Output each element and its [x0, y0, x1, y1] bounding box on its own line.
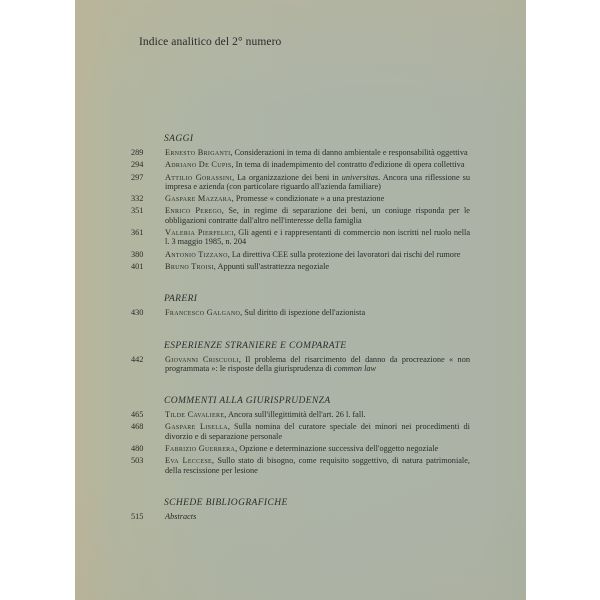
entry-title: , La organizzazione dei beni in [232, 173, 342, 182]
toc-entry: 401 Bruno Troisi, Appunti sull'astrattez… [130, 262, 470, 271]
toc-entry: 430 Francesco Galgano, Sul diritto di is… [130, 308, 470, 317]
page-number: 430 [130, 308, 165, 317]
page-number: 289 [130, 148, 165, 157]
toc-entry: 289 Ernesto Briganti, Considerazioni in … [130, 148, 470, 157]
page-number: 361 [130, 228, 165, 247]
section-schede: SCHEDE BIBLIOGRAFICHE 515 Abstracts [130, 498, 470, 521]
page-number: 401 [130, 262, 165, 271]
author: Giovanni Criscuoli [165, 355, 239, 364]
toc-entry: 361 Valeria Pierfelici, Gli agenti e i r… [130, 228, 470, 247]
author: Antonio Tizzano [165, 250, 228, 259]
page-number: 297 [130, 173, 165, 192]
section-title: COMMENTI ALLA GIURISPRUDENZA [164, 396, 470, 406]
page-number: 294 [130, 160, 165, 169]
spacer [130, 376, 470, 396]
page-number: 468 [130, 422, 165, 441]
author: Enrico Perego [165, 206, 222, 215]
section-commenti: COMMENTI ALLA GIURISPRUDENZA 465 Tilde C… [130, 396, 470, 475]
toc-entry: 468 Gaspare Lisella, Sulla nomina del cu… [130, 422, 470, 441]
author: Eva Leccese [165, 456, 212, 465]
entry-title: , Promesse « condizionate » a una presta… [232, 194, 385, 203]
entry-title: , In tema di inadempimento del contratto… [231, 160, 464, 169]
section-title: ESPERIENZE STRANIERE E COMPARATE [164, 341, 470, 351]
toc-entry: 332 Gaspare Mazzara, Promesse « condizio… [130, 194, 470, 203]
entry-title: , Appunti sull'astrattezza negoziale [214, 262, 329, 271]
section-title: SCHEDE BIBLIOGRAFICHE [164, 498, 470, 508]
table-of-contents: SAGGI 289 Ernesto Briganti, Considerazio… [130, 134, 470, 524]
author: Tilde Cavaliere [165, 410, 224, 419]
section-esperienze: ESPERIENZE STRANIERE E COMPARATE 442 Gio… [130, 341, 470, 374]
page-number: 480 [130, 444, 165, 453]
toc-entry: 351 Enrico Perego, Se, in regime di sepa… [130, 206, 470, 225]
author: Francesco Galgano [165, 308, 240, 317]
scanned-page: Indice analitico del 2° numero SAGGI 289… [75, 0, 526, 600]
spacer [130, 478, 470, 498]
page-number: 351 [130, 206, 165, 225]
author: Gaspare Lisella [165, 422, 228, 431]
page-title: Indice analitico del 2° numero [139, 36, 281, 48]
section-title: PARERI [164, 294, 470, 304]
toc-entry: 442 Giovanni Criscuoli, Il problema del … [130, 355, 470, 374]
toc-entry: 297 Attilio Gorassini, La organizzazione… [130, 173, 470, 192]
entry-title: , La direttiva CEE sulla protezione dei … [228, 250, 461, 259]
page-number: 380 [130, 250, 165, 259]
toc-entry: 294 Adriano De Cupis, In tema di inademp… [130, 160, 470, 169]
spacer [130, 321, 470, 341]
toc-entry: 380 Antonio Tizzano, La direttiva CEE su… [130, 250, 470, 259]
section-pareri: PARERI 430 Francesco Galgano, Sul diritt… [130, 294, 470, 317]
toc-entry: 503 Eva Leccese, Sullo stato di bisogno,… [130, 456, 470, 475]
entry-title: , Considerazioni in tema di danno ambien… [230, 148, 467, 157]
entry-title: , Opzione e determinazione successiva de… [235, 444, 438, 453]
toc-entry: 480 Fabrizio Guerrera, Opzione e determi… [130, 444, 470, 453]
section-saggi: SAGGI 289 Ernesto Briganti, Considerazio… [130, 134, 470, 271]
section-title: SAGGI [164, 134, 470, 144]
toc-entry: 465 Tilde Cavaliere, Ancora sull'illegit… [130, 410, 470, 419]
author: Adriano De Cupis [165, 160, 231, 169]
page-number: 503 [130, 456, 165, 475]
toc-entry: 515 Abstracts [130, 512, 470, 521]
author: Fabrizio Guerrera [165, 444, 235, 453]
author: Valeria Pierfelici [165, 228, 234, 237]
page-number: 442 [130, 355, 165, 374]
page-number: 515 [130, 512, 165, 521]
page-number: 465 [130, 410, 165, 419]
entry-title-italic: universitas [342, 173, 378, 182]
entry-title-italic: Abstracts [165, 512, 196, 521]
entry-title-italic: common law [334, 364, 376, 373]
author: Gaspare Mazzara [165, 194, 232, 203]
entry-title: , Sul diritto di ispezione dell'azionist… [240, 308, 365, 317]
author: Bruno Troisi [165, 262, 214, 271]
entry-title: , Ancora sull'illegittimità dell'art. 26… [224, 410, 365, 419]
author: Ernesto Briganti [165, 148, 230, 157]
page-number: 332 [130, 194, 165, 203]
spacer [130, 274, 470, 294]
author: Attilio Gorassini [165, 173, 232, 182]
